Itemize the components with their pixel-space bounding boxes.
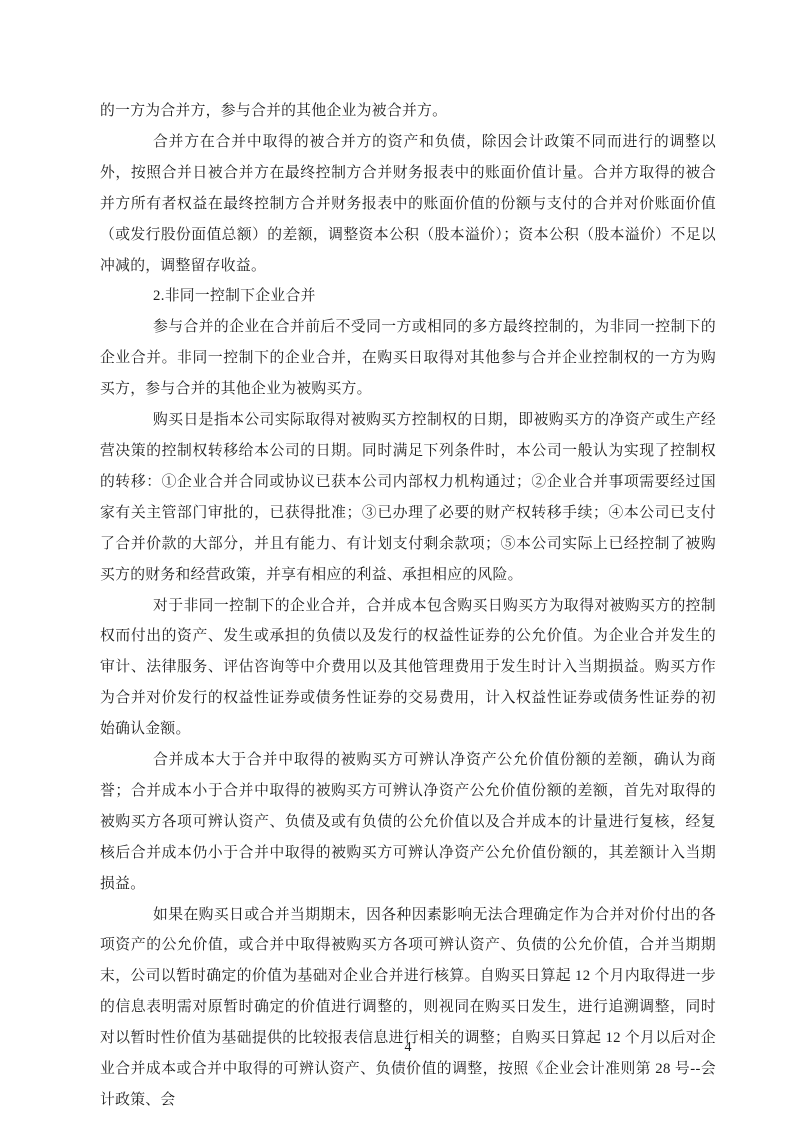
paragraph-same-control-measurement: 合并方在合并中取得的被合并方的资产和负债，除因会计政策不同而进行的调整以外，按照… xyxy=(100,127,716,282)
section-heading-non-common-control: 2.非同一控制下企业合并 xyxy=(100,281,716,312)
page-number: 4 xyxy=(100,1038,716,1058)
paragraph-purchase-date-conditions: 购买日是指本公司实际取得对被购买方控制权的日期，即被购买方的净资产或生产经营决策… xyxy=(100,405,716,590)
paragraph-provisional-value-adjustment: 如果在购买日或合并当期期末，因各种因素影响无法合理确定作为合并对价付出的各项资产… xyxy=(100,900,716,1116)
paragraph-non-common-control-definition: 参与合并的企业在合并前后不受同一方或相同的多方最终控制的，为非同一控制下的企业合… xyxy=(100,312,716,405)
document-body: 的一方为合并方，参与合并的其他企业为被合并方。 合并方在合并中取得的被合并方的资… xyxy=(100,96,716,1116)
paragraph-merger-cost-composition: 对于非同一控制下的企业合并，合并成本包含购买日购买方为取得对被购买方的控制权而付… xyxy=(100,591,716,746)
continuation-paragraph: 的一方为合并方，参与合并的其他企业为被合并方。 xyxy=(100,96,716,127)
paragraph-goodwill-recognition: 合并成本大于合并中取得的被购买方可辨认净资产公允价值份额的差额，确认为商誉；合并… xyxy=(100,745,716,900)
document-page: 的一方为合并方，参与合并的其他企业为被合并方。 合并方在合并中取得的被合并方的资… xyxy=(0,0,794,1122)
